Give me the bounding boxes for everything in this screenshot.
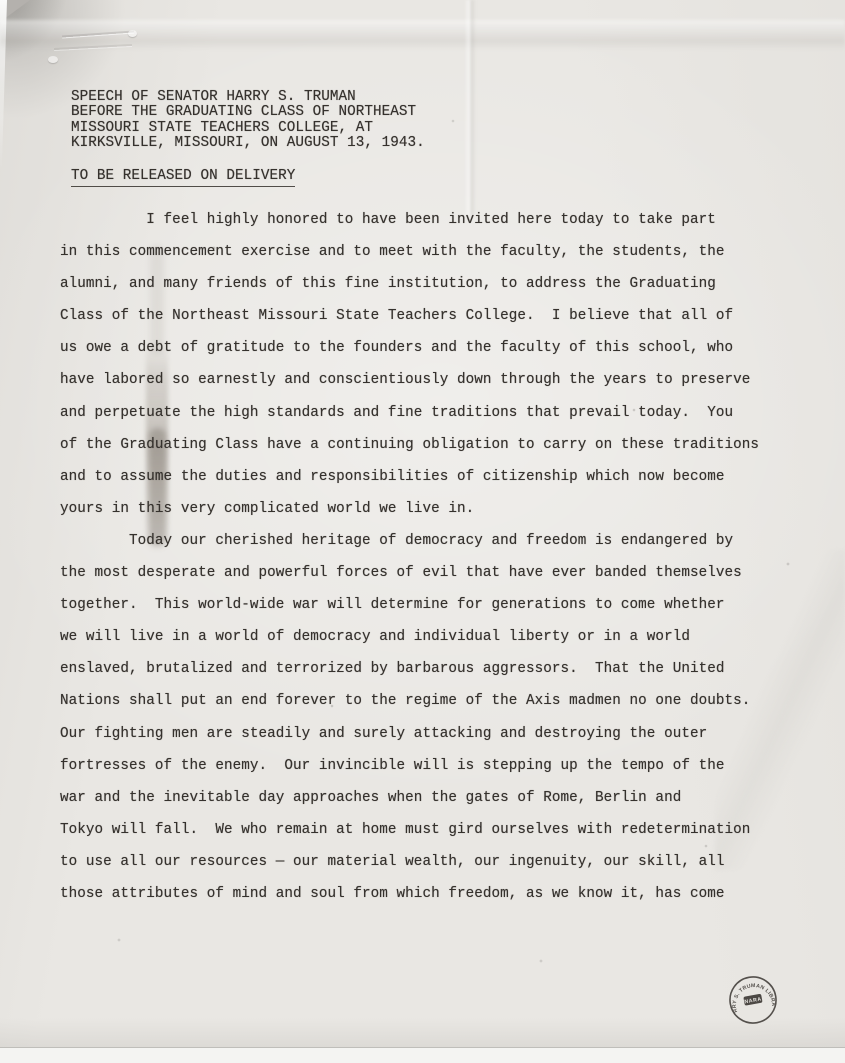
typed-line: Our fighting men are steadily and surely… bbox=[60, 718, 800, 750]
typed-line: alumni, and many friends of this fine in… bbox=[60, 268, 800, 300]
typed-line: war and the inevitable day approaches wh… bbox=[60, 782, 800, 814]
header-line: SPEECH OF SENATOR HARRY S. TRUMAN bbox=[71, 90, 425, 105]
svg-text:HARRY S. TRUMAN LIBRARY: HARRY S. TRUMAN LIBRARY bbox=[726, 973, 777, 1015]
header-line: MISSOURI STATE TEACHERS COLLEGE, AT bbox=[71, 121, 425, 136]
header-line: KIRKSVILLE, MISSOURI, ON AUGUST 13, 1943… bbox=[71, 136, 425, 151]
page-bottom-edge bbox=[0, 1047, 845, 1063]
release-notice: TO BE RELEASED ON DELIVERY bbox=[71, 168, 295, 187]
typed-line: and perpetuate the high standards and fi… bbox=[60, 397, 800, 429]
typed-line: together. This world-wide war will deter… bbox=[60, 589, 800, 621]
typed-line: Class of the Northeast Missouri State Te… bbox=[60, 300, 800, 332]
typed-line: have labored so earnestly and conscienti… bbox=[60, 364, 800, 396]
staple-indentation bbox=[128, 30, 137, 37]
paper-speckles bbox=[0, 0, 2, 2]
archive-stamp: HARRY S. TRUMAN LIBRARY NARA bbox=[726, 973, 780, 1027]
typed-line: Tokyo will fall. We who remain at home m… bbox=[60, 814, 800, 846]
typed-line: we will live in a world of democracy and… bbox=[60, 621, 800, 653]
typed-line: fortresses of the enemy. Our invincible … bbox=[60, 750, 800, 782]
typed-line: of the Graduating Class have a continuin… bbox=[60, 429, 800, 461]
typed-line: and to assume the duties and responsibil… bbox=[60, 461, 800, 493]
speech-header: SPEECH OF SENATOR HARRY S. TRUMANBEFORE … bbox=[71, 90, 425, 152]
stamp-ring-text: HARRY S. TRUMAN LIBRARY bbox=[726, 973, 777, 1015]
bottom-edge-shadow bbox=[0, 1018, 845, 1047]
typed-line: us owe a debt of gratitude to the founde… bbox=[60, 332, 800, 364]
typed-line: in this commencement exercise and to mee… bbox=[60, 236, 800, 268]
typed-line: enslaved, brutalized and terrorized by b… bbox=[60, 653, 800, 685]
typed-line: the most desperate and powerful forces o… bbox=[60, 557, 800, 589]
typed-line: Today our cherished heritage of democrac… bbox=[60, 525, 800, 557]
scanned-document-page: SPEECH OF SENATOR HARRY S. TRUMANBEFORE … bbox=[0, 0, 845, 1063]
typed-line: those attributes of mind and soul from w… bbox=[60, 878, 800, 910]
header-line: BEFORE THE GRADUATING CLASS OF NORTHEAST bbox=[71, 105, 425, 120]
typed-line: Nations shall put an end forever to the … bbox=[60, 685, 800, 717]
typed-line: to use all our resources — our material … bbox=[60, 846, 800, 878]
typed-line: I feel highly honored to have been invit… bbox=[60, 204, 800, 236]
paragraph: Today our cherished heritage of democrac… bbox=[60, 525, 800, 910]
vertical-crease bbox=[464, 0, 476, 215]
release-notice-text: TO BE RELEASED ON DELIVERY bbox=[71, 168, 295, 187]
speech-body: I feel highly honored to have been invit… bbox=[60, 204, 800, 910]
typed-line: yours in this very complicated world we … bbox=[60, 493, 800, 525]
staple-indentation bbox=[48, 56, 58, 63]
paragraph: I feel highly honored to have been invit… bbox=[60, 204, 800, 525]
